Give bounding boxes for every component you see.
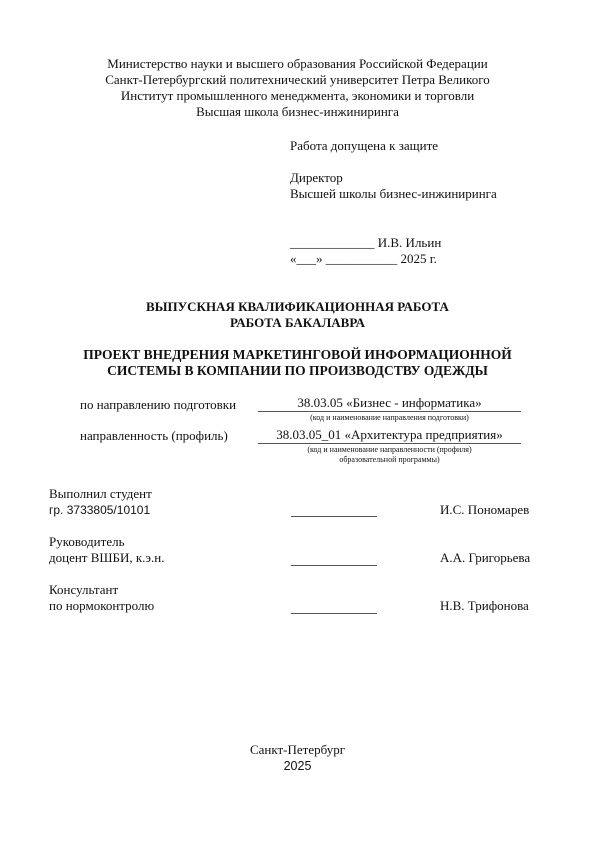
institution-header: Министерство науки и высшего образования… bbox=[0, 56, 595, 120]
thesis-title: ПРОЕКТ ВНЕДРЕНИЯ МАРКЕТИНГОВОЙ ИНФОРМАЦИ… bbox=[0, 347, 595, 379]
student-name: И.С. Пономарев bbox=[440, 502, 529, 518]
profile-caption: (код и наименование направленности (проф… bbox=[258, 445, 521, 465]
profile-value: 38.03.05_01 «Архитектура предприятия» bbox=[258, 427, 521, 444]
supervisor-name: А.А. Григорьева bbox=[440, 550, 530, 566]
ministry-line: Министерство науки и высшего образования… bbox=[0, 56, 595, 72]
consultant-name: Н.В. Трифонова bbox=[440, 598, 529, 614]
supervisor-title: доцент ВШБИ, к.э.н. bbox=[49, 550, 164, 566]
work-type: ВЫПУСКНАЯ КВАЛИФИКАЦИОННАЯ РАБОТА РАБОТА… bbox=[0, 299, 595, 331]
thesis-title-line1: ПРОЕКТ ВНЕДРЕНИЯ МАРКЕТИНГОВОЙ ИНФОРМАЦИ… bbox=[0, 347, 595, 363]
work-type-line2: РАБОТА БАКАЛАВРА bbox=[0, 315, 595, 331]
student-role: Выполнил студент bbox=[49, 486, 152, 502]
signature-consultant-role: Консультант по нормоконтролю bbox=[49, 582, 154, 614]
footer: Санкт-Петербург 2025 bbox=[0, 742, 595, 774]
university-line: Санкт-Петербургский политехнический унив… bbox=[0, 72, 595, 88]
approval-admitted: Работа допущена к защите bbox=[290, 138, 438, 154]
consultant-role: Консультант bbox=[49, 582, 154, 598]
profile-caption-line1: (код и наименование направленности (проф… bbox=[258, 445, 521, 455]
footer-year: 2025 bbox=[0, 758, 595, 774]
school-line: Высшая школа бизнес-инжиниринга bbox=[0, 104, 595, 120]
student-signature-line bbox=[291, 515, 377, 517]
footer-city: Санкт-Петербург bbox=[0, 742, 595, 758]
profile-caption-line2: образовательной программы) bbox=[258, 455, 521, 465]
thesis-title-line2: СИСТЕМЫ В КОМПАНИИ ПО ПРОИЗВОДСТВУ ОДЕЖД… bbox=[0, 363, 595, 379]
signature-supervisor-role: Руководитель доцент ВШБИ, к.э.н. bbox=[49, 534, 164, 566]
approval-position: Директор bbox=[290, 170, 343, 186]
student-group: гр. 3733805/10101 bbox=[49, 502, 152, 518]
work-type-line1: ВЫПУСКНАЯ КВАЛИФИКАЦИОННАЯ РАБОТА bbox=[0, 299, 595, 315]
profile-label: направленность (профиль) bbox=[80, 428, 228, 444]
supervisor-signature-line bbox=[291, 564, 377, 566]
approval-date-line: «___» ___________ 2025 г. bbox=[290, 251, 437, 267]
direction-label: по направлению подготовки bbox=[80, 397, 236, 413]
direction-value: 38.03.05 «Бизнес - информатика» bbox=[258, 395, 521, 412]
signature-student-role: Выполнил студент гр. 3733805/10101 bbox=[49, 486, 152, 518]
approval-department: Высшей школы бизнес-инжиниринга bbox=[290, 186, 497, 202]
supervisor-role: Руководитель bbox=[49, 534, 164, 550]
direction-caption: (код и наименование направления подготов… bbox=[258, 413, 521, 423]
institute-line: Институт промышленного менеджмента, экон… bbox=[0, 88, 595, 104]
consultant-signature-line bbox=[291, 612, 377, 614]
consultant-area: по нормоконтролю bbox=[49, 598, 154, 614]
approval-signature-line: _____________ И.В. Ильин bbox=[290, 235, 441, 251]
